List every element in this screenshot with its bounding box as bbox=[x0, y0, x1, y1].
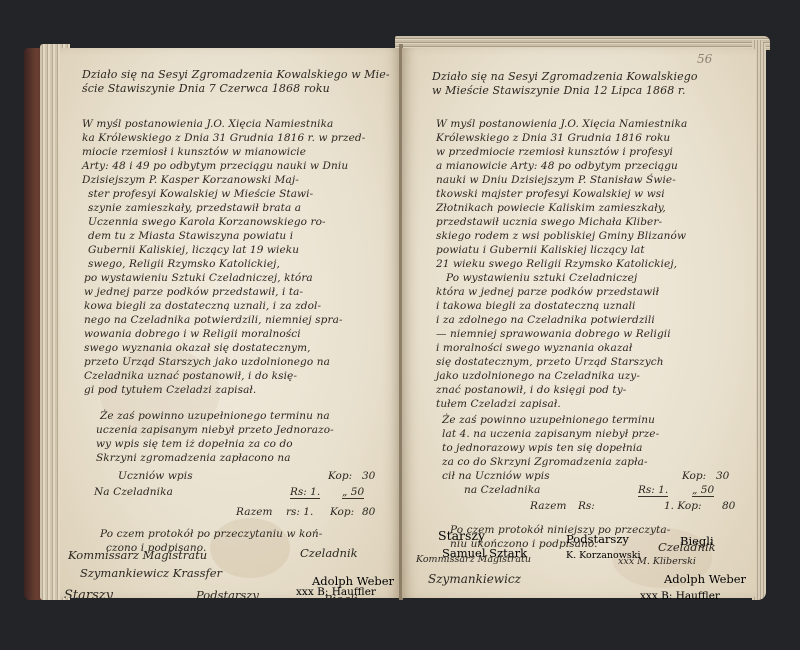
body-line: — niemniej sprawowania dobrego w Religii bbox=[436, 328, 671, 340]
experts-title: Biegli bbox=[680, 534, 714, 548]
fee-label: na Czeladnika bbox=[464, 484, 541, 496]
body-line: przedstawił ucznia swego Michała Kliber- bbox=[436, 216, 662, 228]
total-kop-label: 1. Kop: bbox=[664, 500, 702, 512]
body-line: dem tu z Miasta Stawiszyna powiatu i bbox=[88, 230, 293, 242]
fee-text-line: Że zaś powinno uzupełnionego terminu bbox=[442, 414, 655, 426]
deputy-title: Podstarszy bbox=[196, 588, 259, 598]
fee-text-line: za co do Skrzyni Zgromadzenia zapła- bbox=[442, 456, 648, 468]
right-page: 56 Działo się na Sesyi Zgromadzenia Kowa… bbox=[402, 48, 756, 598]
expert-2-signature: xxx B: Hauffler bbox=[640, 590, 720, 602]
deputy-title: Podstarszy bbox=[566, 532, 629, 546]
expert-1-signature: Adolph Weber bbox=[664, 572, 746, 586]
body-line: tkowski majster profesyi Kowalskiej w ws… bbox=[436, 188, 665, 200]
left-page: Działo się na Sesyi Zgromadzenia Kowalsk… bbox=[60, 48, 400, 598]
total-label: Razem bbox=[236, 506, 273, 518]
body-line: Czeladnika uznać postanowił, i do księ- bbox=[84, 370, 297, 382]
page-number: 56 bbox=[697, 52, 712, 66]
deputy-signature: K. Korzanowski bbox=[566, 550, 641, 561]
body-line: w jednej parze podków przedstawił, i ta- bbox=[84, 286, 303, 298]
body-line: Uczennia swego Karola Korzanowskiego ro- bbox=[88, 216, 326, 228]
body-line: ka Królewskiego z Dnia 31 Grudnia 1816 r… bbox=[82, 132, 365, 144]
fee-currency: Kop: bbox=[682, 470, 706, 482]
entry-heading-line: Działo się na Sesyi Zgromadzenia Kowalsk… bbox=[82, 68, 390, 81]
commissioner-title: Kommissarz Magistratu bbox=[68, 548, 207, 562]
body-line: 21 wieku swego Religii Rzymsko Katolicki… bbox=[436, 258, 677, 270]
body-line: przeto Urząd Starszych jako uzdolnionego… bbox=[84, 356, 330, 368]
total-rubles: rs: 1. bbox=[286, 506, 313, 518]
fee-text-line: Że zaś powinno uzupełnionego terminu na bbox=[100, 410, 330, 422]
body-line: która w jednej parze podków przedstawił bbox=[436, 286, 659, 298]
closing-line: Po czem protokół po przeczytaniu w koń- bbox=[100, 528, 322, 540]
fee-currency: Rs: 1. bbox=[638, 484, 668, 497]
body-line: Gubernii Kaliskiej, liczący lat 19 wieku bbox=[88, 244, 299, 256]
fee-label: Uczniów wpis bbox=[118, 470, 193, 482]
fee-text-line: lat 4. na uczenia zapisanym niebył prze- bbox=[442, 428, 659, 440]
body-line: swego, Religii Rzymsko Katolickiej, bbox=[88, 258, 280, 270]
body-line: znać postanowił, i do księgi pod ty- bbox=[436, 384, 626, 396]
body-line: i za zdolnego na Czeladnika potwierdzili bbox=[436, 314, 655, 326]
fee-amount: 30 bbox=[362, 470, 375, 482]
body-line: Królewskiego z Dnia 31 Grudnia 1816 roku bbox=[436, 132, 670, 144]
fee-amount: „ 50 bbox=[342, 486, 364, 499]
open-register-book: Działo się na Sesyi Zgromadzenia Kowalsk… bbox=[0, 0, 800, 650]
body-line: Arty: 48 i 49 po odbytym przeciągu nauki… bbox=[82, 160, 348, 172]
body-line: wowania dobrego i w Religii moralności bbox=[84, 328, 301, 340]
body-line: i moralności swego wyznania okazał bbox=[436, 342, 632, 354]
body-line: gi pod tytułem Czeladzi zapisał. bbox=[84, 384, 256, 396]
body-line: skiego rodem z wsi pobliskiej Gminy Bliz… bbox=[436, 230, 686, 242]
commissioner-signature: Szymankiewicz Krassfer bbox=[80, 566, 222, 580]
body-line: i takowa biegli za dostateczną uznali bbox=[436, 300, 636, 312]
expert-2-signature: xxx B: Hauffler bbox=[296, 586, 376, 598]
entry-heading-line: Działo się na Sesyi Zgromadzenia Kowalsk… bbox=[432, 70, 698, 83]
body-line: się dostatecznym, przeto Urząd Starszych bbox=[436, 356, 664, 368]
fee-currency: Kop: bbox=[328, 470, 352, 482]
elder-title: Starszy bbox=[64, 588, 113, 598]
body-line: swego wyznania okazał się dostatecznym, bbox=[84, 342, 311, 354]
elder-title: Starszy bbox=[438, 528, 485, 543]
commissioner-signature: Szymankiewicz bbox=[428, 572, 521, 586]
body-line: nego na Czeladnika potwierdzili, niemnie… bbox=[84, 314, 343, 326]
fee-amount: 30 bbox=[716, 470, 729, 482]
total-kop: 80 bbox=[362, 506, 375, 518]
fee-currency: Rs: 1. bbox=[290, 486, 320, 499]
fee-text-line: to jednorazowy wpis ten się dopełnia bbox=[442, 442, 643, 454]
body-line: tułem Czeladzi zapisał. bbox=[436, 398, 561, 410]
journeyman-title: Czeladnik bbox=[300, 546, 358, 560]
body-line: a mianowicie Arty: 48 po odbytym przecią… bbox=[436, 160, 678, 172]
total-label: Razem bbox=[530, 500, 567, 512]
body-line: jako uzdolnionego na Czeladnika uzy- bbox=[436, 370, 640, 382]
fee-text-line: Skrzyni zgromadzenia zapłacono na bbox=[96, 452, 291, 464]
total-kop: 80 bbox=[722, 500, 735, 512]
body-line: W myśl postanowienia J.O. Xięcia Namiest… bbox=[436, 118, 687, 130]
body-line: W myśl postanowienia J.O. Xięcia Namiest… bbox=[82, 118, 333, 130]
body-line: szynie zamieszkały, przedstawił brata a bbox=[88, 202, 301, 214]
fee-text-line: cił na Uczniów wpis bbox=[442, 470, 550, 482]
body-line: ster profesyi Kowalskiej w Mieście Stawi… bbox=[88, 188, 313, 200]
body-line: Po wystawieniu sztuki Czeladniczej bbox=[446, 272, 637, 284]
body-line: w przedmiocie rzemiosł kunsztów i profes… bbox=[436, 146, 673, 158]
fee-label: Na Czeladnika bbox=[94, 486, 173, 498]
body-line: Dzisiejszym P. Kasper Korzanowski Maj- bbox=[82, 174, 299, 186]
body-line: po wystawieniu Sztuki Czeladniczej, któr… bbox=[84, 272, 313, 284]
entry-heading-line: w Mieście Stawiszynie Dnia 12 Lipca 1868… bbox=[432, 84, 686, 97]
fee-text-line: uczenia zapisanym niebył przeto Jednoraz… bbox=[96, 424, 334, 436]
fee-amount: „ 50 bbox=[692, 484, 714, 497]
body-line: nauki w Dniu Dzisiejszym P. Stanisław Św… bbox=[436, 174, 676, 186]
elder-signature: Samuel Sztark bbox=[442, 546, 527, 560]
total-rubles: Rs: bbox=[578, 500, 595, 512]
entry-heading-line: ście Stawiszynie Dnia 7 Czerwca 1868 rok… bbox=[82, 82, 330, 95]
body-line: powiatu i Gubernii Kaliskiej liczący lat bbox=[436, 244, 645, 256]
total-kop-label: Kop: bbox=[330, 506, 354, 518]
fee-text-line: wy wpis się tem iż dopełnia za co do bbox=[96, 438, 293, 450]
body-line: miocie rzemiosł i kunsztów w mianowicie bbox=[82, 146, 306, 158]
body-line: kowa biegli za dostateczną uznali, i za … bbox=[84, 300, 321, 312]
body-line: Złotnikach powiecie Kaliskim zamieszkały… bbox=[436, 202, 666, 214]
